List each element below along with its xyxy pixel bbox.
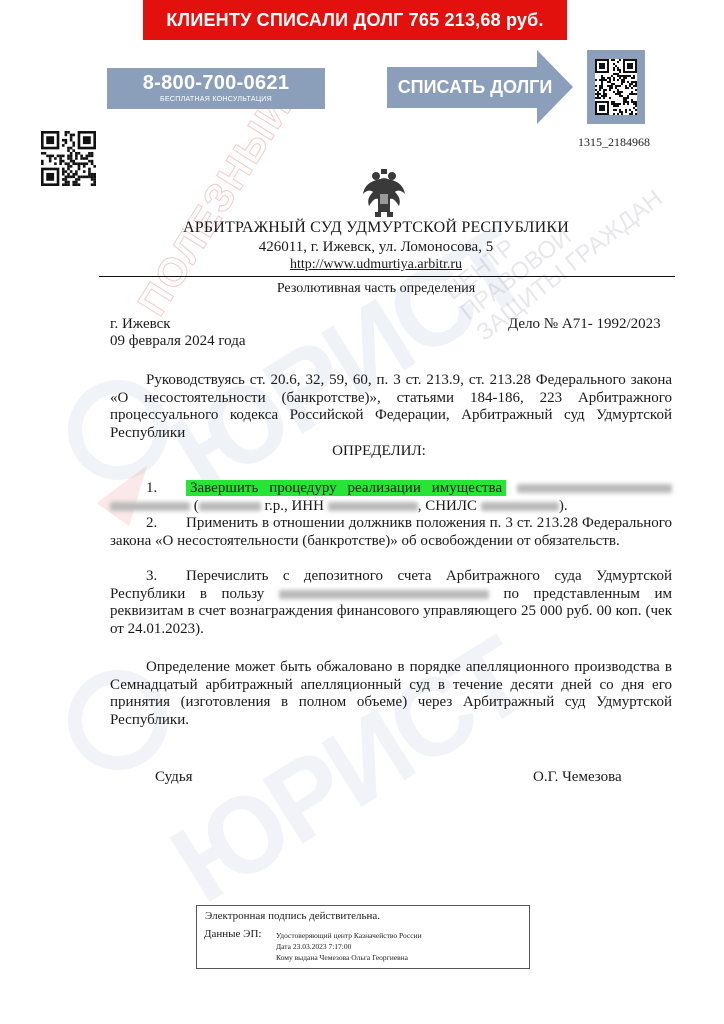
- appeal-paragraph: Определение может быть обжаловано в поря…: [110, 659, 672, 729]
- city: г. Ижевск: [110, 316, 171, 333]
- court-address: 426011, г. Ижевск, ул. Ломоносова, 5: [0, 239, 724, 256]
- decided-heading: ОПРЕДЕЛИЛ:: [0, 443, 724, 460]
- redacted-name: [517, 484, 672, 493]
- case-number: Дело № А71- 1992/2023: [508, 316, 661, 333]
- signature-issuer: Удостоверяющий центр Казначейство России: [276, 930, 422, 941]
- highlighted-ruling: Завершить процедуру реализации имущества: [186, 480, 506, 496]
- qr-frame[interactable]: [587, 50, 645, 124]
- item-text: Применить в отношении должникв положения…: [110, 515, 672, 549]
- phone-number: 8-800-700-0621: [107, 71, 325, 95]
- redacted-manager-name: [279, 590, 489, 599]
- phone-caption: БЕСПЛАТНАЯ КОНСУЛЬТАЦИЯ: [107, 95, 325, 105]
- item-number: 2.: [146, 515, 186, 533]
- text-fragment: , СНИЛС: [418, 498, 481, 514]
- signature-title: Электронная подпись действительна.: [205, 910, 380, 922]
- judge-label: Судья: [155, 769, 193, 786]
- text-fragment: (: [190, 498, 199, 514]
- ruling-item-2: 2.Применить в отношении должникв положен…: [110, 515, 672, 550]
- redacted-birthdate: [199, 502, 261, 511]
- qr-code-icon: [595, 59, 637, 115]
- text-fragment: ).: [559, 498, 568, 514]
- signature-issued-to: Кому выдана Чемезова Ольга Георгиевна: [276, 952, 422, 963]
- judge-name: О.Г. Чемезова: [533, 769, 622, 786]
- item-number: 1.: [146, 480, 186, 498]
- document-kind: Резолютивная часть определения: [0, 281, 724, 297]
- redacted-snils: [481, 502, 559, 511]
- ruling-item-1: 1.Завершить процедуру реализации имущест…: [110, 480, 672, 515]
- signature-date: Дата 23.03.2023 7:17:00: [276, 941, 422, 952]
- text-fragment: г.р., ИНН: [261, 498, 328, 514]
- cta-label: СПИСАТЬ ДОЛГИ: [387, 67, 563, 108]
- electronic-signature-stamp: Электронная подпись действительна. Данны…: [196, 905, 530, 969]
- intro-paragraph: Руководствуясь ст. 20.6, 32, 59, 60, п. …: [110, 372, 672, 442]
- phone-button[interactable]: 8-800-700-0621 БЕСПЛАТНАЯ КОНСУЛЬТАЦИЯ: [107, 68, 325, 109]
- header-divider: [99, 276, 675, 277]
- russian-coat-of-arms-icon: [361, 168, 407, 218]
- promo-banner: КЛИЕНТУ СПИСАЛИ ДОЛГ 765 213,68 руб.: [143, 0, 567, 40]
- write-off-debts-button[interactable]: СПИСАТЬ ДОЛГИ: [387, 50, 587, 124]
- qr-code-icon: [41, 131, 96, 186]
- decision-date: 09 февраля 2024 года: [110, 333, 246, 350]
- document-id: 1315_2184968: [578, 135, 650, 150]
- signature-label: Данные ЭП:: [204, 928, 261, 940]
- court-url-link[interactable]: http://www.udmurtiya.arbitr.ru: [290, 257, 462, 272]
- redacted-inn: [328, 502, 418, 511]
- ruling-item-3: 3.Перечислить с депозитного счета Арбитр…: [110, 568, 672, 638]
- court-name: АРБИТРАЖНЫЙ СУД УДМУРТСКОЙ РЕСПУБЛИКИ: [0, 219, 724, 237]
- item-number: 3.: [146, 568, 186, 586]
- redacted-name: [110, 502, 190, 511]
